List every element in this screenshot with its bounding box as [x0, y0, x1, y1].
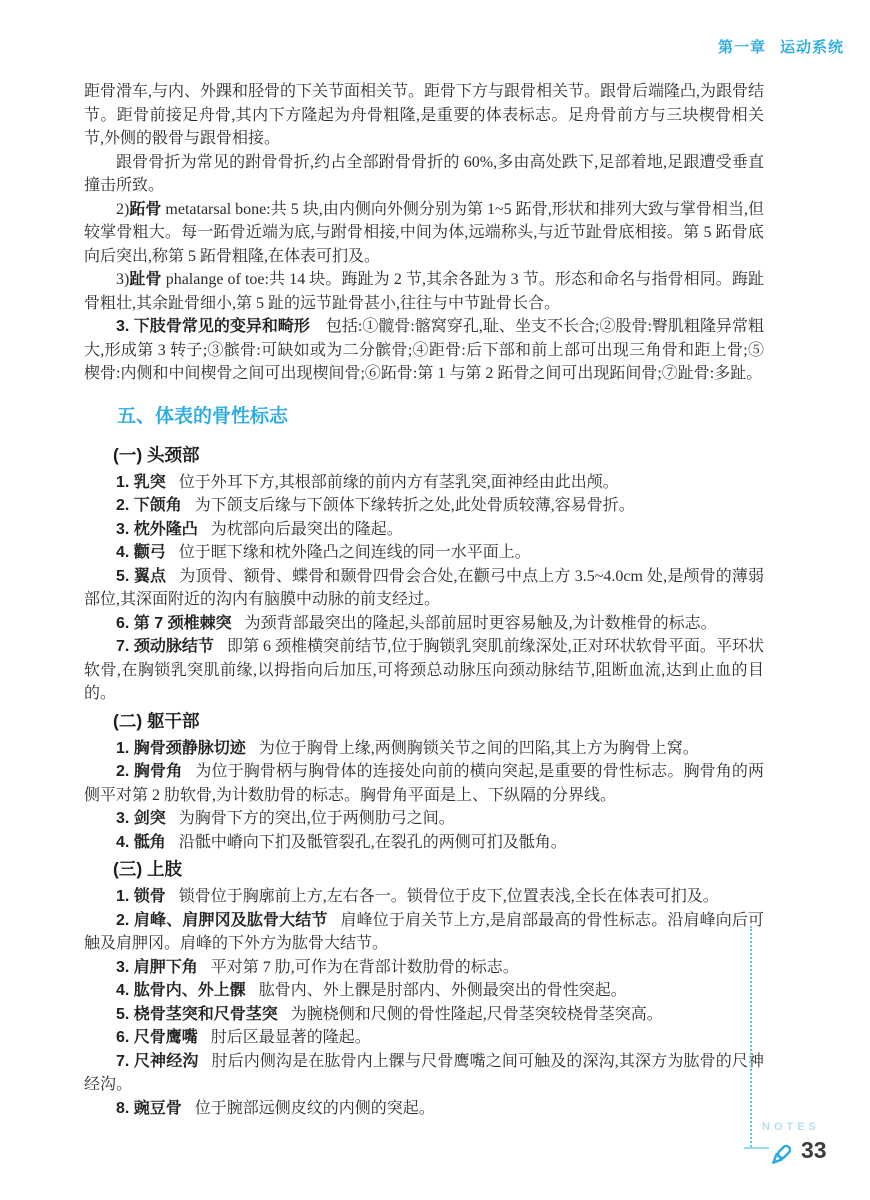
list-item: 5. 翼点为顶骨、额骨、蝶骨和颞骨四骨会合处,在颧弓中点上方 3.5~4.0cm…	[84, 565, 764, 612]
item-description: 为胸骨下方的突出,位于两侧肋弓之间。	[179, 810, 455, 827]
item-description: 位于外耳下方,其根部前缘的前内方有茎乳突,面神经由此出颅。	[179, 474, 619, 491]
body-paragraph: 2)跖骨 metatarsal bone:共 5 块,由内侧向外侧分别为第 1~…	[84, 198, 764, 269]
list-item: 4. 肱骨内、外上髁肱骨内、外上髁是肘部内、外侧最突出的骨性突起。	[84, 979, 764, 1003]
chapter-label: 第一章	[718, 39, 766, 56]
list-item: 2. 下颌角为下颌支后缘与下颌体下缘转折之处,此处骨质较薄,容易骨折。	[84, 494, 764, 518]
list-item: 4. 颧弓位于眶下缘和枕外隆凸之间连线的同一水平面上。	[84, 541, 764, 565]
body-paragraph: 跟骨骨折为常见的跗骨骨折,约占全部跗骨骨折的 60%,多由高处跌下,足部着地,足…	[84, 151, 764, 198]
pen-icon	[764, 1140, 796, 1172]
item-description: 为位于胸骨上缘,两侧胸锁关节之间的凹陷,其上方为胸骨上窝。	[259, 740, 699, 757]
page-content: 距骨滑车,与内、外踝和胫骨的下关节面相关节。距骨下方与跟骨相关节。跟骨后端隆凸,…	[84, 80, 764, 1120]
list-item: 5. 桡骨茎突和尺骨茎突为腕桡侧和尺侧的骨性隆起,尺骨茎突较桡骨茎突高。	[84, 1003, 764, 1027]
item-term: 1. 胸骨颈静脉切迹	[116, 740, 246, 757]
item-term: 5. 翼点	[116, 568, 166, 585]
list-item: 7. 颈动脉结节即第 6 颈椎横突前结节,位于胸锁乳突肌前缘深处,正对环状软骨平…	[84, 635, 764, 706]
item-description: 肘后区最显著的隆起。	[211, 1029, 371, 1046]
page-number: 33	[801, 1137, 827, 1164]
text-run: metatarsal bone:共 5 块,由内侧向外侧分别为第 1~5 跖骨,…	[84, 201, 764, 265]
item-term: 1. 锁骨	[116, 888, 166, 905]
item-description: 为颈背部最突出的隆起,头部前屈时更容易触及,为计数椎骨的标志。	[245, 615, 717, 632]
subsections: (一) 头颈部1. 乳突位于外耳下方,其根部前缘的前内方有茎乳突,面神经由此出颅…	[84, 442, 764, 1121]
item-description: 锁骨位于胸廓前上方,左右各一。锁骨位于皮下,位置表浅,全长在体表可扪及。	[179, 888, 719, 905]
item-description: 位于腕部远侧皮纹的内侧的突起。	[195, 1100, 435, 1117]
running-header: 第一章运动系统	[718, 36, 844, 57]
item-term: 6. 尺骨鹰嘴	[116, 1029, 198, 1046]
item-description: 沿骶中嵴向下扪及骶管裂孔,在裂孔的两侧可扪及骶角。	[179, 834, 567, 851]
item-description: 为枕部向后最突出的隆起。	[211, 521, 403, 538]
subsection-title: (二) 躯干部	[113, 708, 764, 735]
list-item: 2. 胸骨角为位于胸骨柄与胸骨体的连接处向前的横向突起,是重要的骨性标志。胸骨角…	[84, 760, 764, 807]
notes-label: NOTES	[762, 1121, 820, 1133]
item-description: 为顶骨、额骨、蝶骨和颞骨四骨会合处,在颧弓中点上方 3.5~4.0cm 处,是颅…	[84, 568, 764, 609]
item-term: 4. 颧弓	[116, 544, 166, 561]
list-item: 7. 尺神经沟肘后内侧沟是在肱骨内上髁与尺骨鹰嘴之间可触及的深沟,其深方为肱骨的…	[84, 1050, 764, 1097]
intro-paragraphs: 距骨滑车,与内、外踝和胫骨的下关节面相关节。距骨下方与跟骨相关节。跟骨后端隆凸,…	[84, 80, 764, 386]
body-paragraph: 距骨滑车,与内、外踝和胫骨的下关节面相关节。距骨下方与跟骨相关节。跟骨后端隆凸,…	[84, 80, 764, 151]
item-term: 2. 肩峰、肩胛冈及肱骨大结节	[116, 912, 328, 929]
item-term: 3. 肩胛下角	[116, 959, 198, 976]
bold-term: 3. 下肢骨常见的变异和畸形	[116, 318, 310, 335]
text-run: 3)	[116, 271, 129, 288]
list-item: 8. 豌豆骨位于腕部远侧皮纹的内侧的突起。	[84, 1097, 764, 1121]
list-item: 6. 尺骨鹰嘴肘后区最显著的隆起。	[84, 1026, 764, 1050]
item-term: 2. 下颌角	[116, 497, 182, 514]
body-paragraph: 3. 下肢骨常见的变异和畸形 包括:①髋骨:髂窝穿孔,耻、坐支不长合;②股骨:臀…	[84, 315, 764, 386]
list-item: 3. 剑突为胸骨下方的突出,位于两侧肋弓之间。	[84, 807, 764, 831]
chapter-section-label: 运动系统	[780, 39, 844, 56]
list-item: 1. 锁骨锁骨位于胸廓前上方,左右各一。锁骨位于皮下,位置表浅,全长在体表可扪及…	[84, 885, 764, 909]
list-item: 4. 骶角沿骶中嵴向下扪及骶管裂孔,在裂孔的两侧可扪及骶角。	[84, 831, 764, 855]
list-item: 3. 枕外隆凸为枕部向后最突出的隆起。	[84, 518, 764, 542]
text-run: 跟骨骨折为常见的跗骨骨折,约占全部跗骨骨折的 60%,多由高处跌下,足部着地,足…	[84, 154, 764, 195]
notes-dotted-divider	[750, 926, 752, 1147]
item-term: 3. 枕外隆凸	[116, 521, 198, 538]
bold-term: 跖骨	[129, 201, 161, 218]
item-term: 4. 骶角	[116, 834, 166, 851]
body-paragraph: 3)趾骨 phalange of toe:共 14 块。踇趾为 2 节,其余各趾…	[84, 268, 764, 315]
item-term: 4. 肱骨内、外上髁	[116, 982, 246, 999]
item-term: 8. 豌豆骨	[116, 1100, 182, 1117]
text-run: 2)	[116, 201, 129, 218]
item-term: 5. 桡骨茎突和尺骨茎突	[116, 1006, 278, 1023]
item-term: 6. 第 7 颈椎棘突	[116, 615, 232, 632]
list-item: 1. 乳突位于外耳下方,其根部前缘的前内方有茎乳突,面神经由此出颅。	[84, 471, 764, 495]
item-term: 1. 乳突	[116, 474, 166, 491]
list-item: 1. 胸骨颈静脉切迹为位于胸骨上缘,两侧胸锁关节之间的凹陷,其上方为胸骨上窝。	[84, 737, 764, 761]
list-item: 6. 第 7 颈椎棘突为颈背部最突出的隆起,头部前屈时更容易触及,为计数椎骨的标…	[84, 612, 764, 636]
item-description: 位于眶下缘和枕外隆凸之间连线的同一水平面上。	[179, 544, 531, 561]
subsection-title: (三) 上肢	[113, 856, 764, 883]
item-description: 为下颌支后缘与下颌体下缘转折之处,此处骨质较薄,容易骨折。	[195, 497, 635, 514]
text-run: phalange of toe:共 14 块。踇趾为 2 节,其余各趾为 3 节…	[84, 271, 764, 312]
subsection-title: (一) 头颈部	[113, 442, 764, 469]
item-term: 7. 尺神经沟	[116, 1053, 198, 1070]
item-term: 7. 颈动脉结节	[116, 638, 214, 655]
bold-term: 趾骨	[129, 271, 161, 288]
list-item: 3. 肩胛下角平对第 7 肋,可作为在背部计数肋骨的标志。	[84, 956, 764, 980]
item-term: 3. 剑突	[116, 810, 166, 827]
item-description: 为腕桡侧和尺侧的骨性隆起,尺骨茎突较桡骨茎突高。	[291, 1006, 663, 1023]
item-term: 2. 胸骨角	[116, 763, 182, 780]
text-run: 距骨滑车,与内、外踝和胫骨的下关节面相关节。距骨下方与跟骨相关节。跟骨后端隆凸,…	[84, 83, 764, 147]
section-title: 五、体表的骨性标志	[117, 404, 764, 430]
item-description: 平对第 7 肋,可作为在背部计数肋骨的标志。	[211, 959, 519, 976]
item-description: 为位于胸骨柄与胸骨体的连接处向前的横向突起,是重要的骨性标志。胸骨角的两侧平对第…	[84, 763, 764, 804]
book-page: 第一章运动系统 距骨滑车,与内、外踝和胫骨的下关节面相关节。距骨下方与跟骨相关节…	[0, 0, 870, 1200]
list-item: 2. 肩峰、肩胛冈及肱骨大结节肩峰位于肩关节上方,是肩部最高的骨性标志。沿肩峰向…	[84, 909, 764, 956]
item-description: 肱骨内、外上髁是肘部内、外侧最突出的骨性突起。	[259, 982, 627, 999]
